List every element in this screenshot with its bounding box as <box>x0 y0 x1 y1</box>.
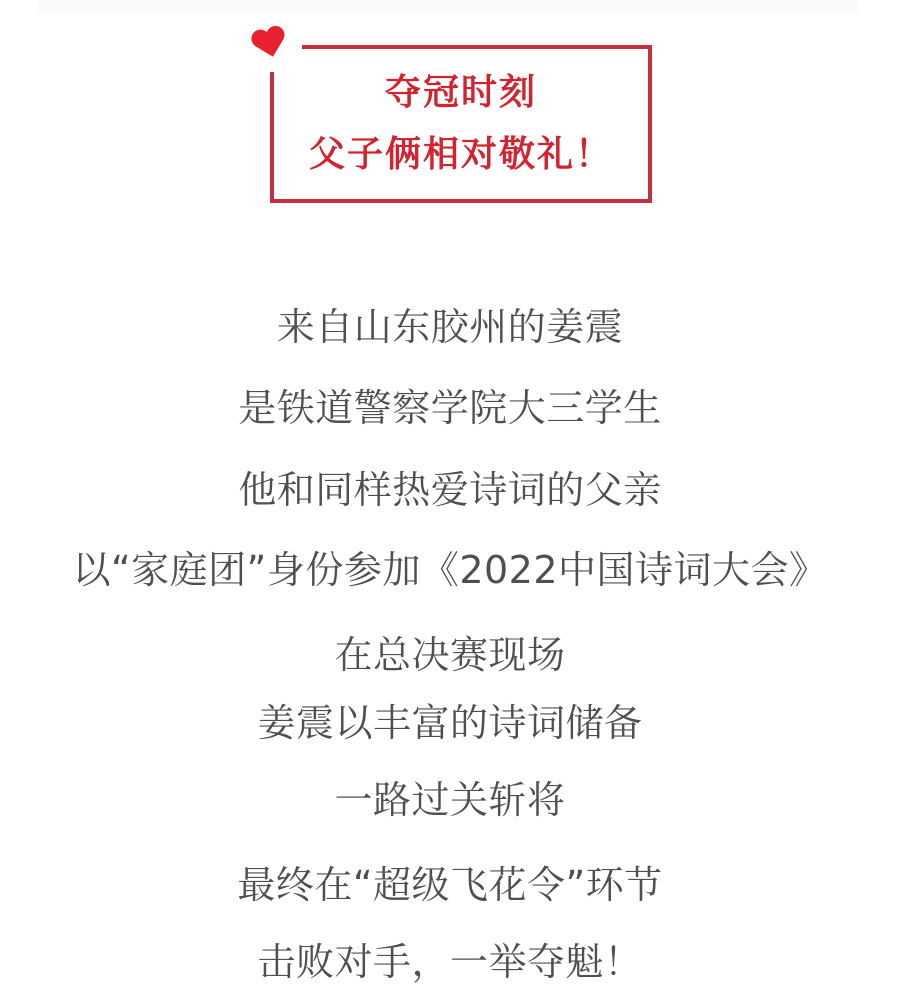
article-line: 姜震以丰富的诗词储备 <box>0 701 900 745</box>
article-page: 夺冠时刻 父子俩相对敬礼！ 来自山东胶州的姜震 是铁道警察学院大三学生 他和同样… <box>0 0 900 1003</box>
article-line: 在总决赛现场 <box>0 633 900 677</box>
heart-icon <box>248 24 291 66</box>
title-frame-bottom <box>270 199 652 203</box>
article-line: 最终在“超级飞花令”环节 <box>0 863 900 907</box>
article-line: 他和同样热爱诗词的父亲 <box>0 468 900 512</box>
title-frame-top <box>302 45 652 49</box>
title-line-1: 夺冠时刻 <box>270 73 652 113</box>
article-line: 来自山东胶州的姜震 <box>0 305 900 349</box>
article-line: 一路过关斩将 <box>0 778 900 822</box>
title-line-2: 父子俩相对敬礼！ <box>270 135 652 175</box>
title-frame-right <box>648 45 652 203</box>
article-line: 以“家庭团”身份参加《2022中国诗词大会》 <box>0 548 900 592</box>
article-line: 击败对手，一举夺魁！ <box>0 940 900 984</box>
top-edge-strip <box>38 0 858 13</box>
article-line: 是铁道警察学院大三学生 <box>0 386 900 430</box>
